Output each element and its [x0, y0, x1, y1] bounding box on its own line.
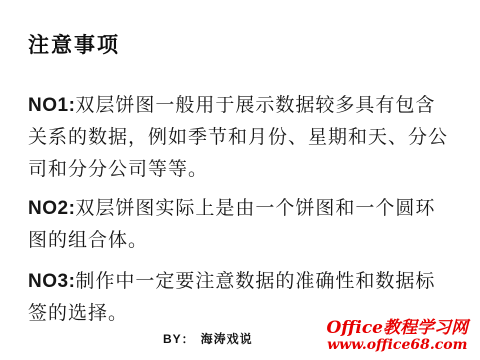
note-prefix: NO2:: [28, 198, 75, 219]
note-line: NO1:双层饼图一般用于展示数据较多具有包含: [28, 90, 446, 122]
note-text: 签的选择。: [28, 303, 128, 324]
note-paragraph-2: NO2:双层饼图实际上是由一个饼图和一个圆环 图的组合体。: [28, 193, 446, 257]
byline-author: 海涛戏说: [201, 332, 253, 346]
note-text: 司和分分公司等等。: [28, 159, 208, 180]
note-prefix: NO3:: [28, 271, 75, 292]
note-paragraph-1: NO1:双层饼图一般用于展示数据较多具有包含 关系的数据，例如季节和月份、星期和…: [28, 90, 446, 186]
note-text: 双层饼图一般用于展示数据较多具有包含: [75, 95, 435, 116]
watermark: Office教程学习网 www.office68.com: [327, 320, 469, 353]
note-text: 双层饼图实际上是由一个饼图和一个圆环: [75, 198, 435, 219]
note-line: NO3:制作中一定要注意数据的准确性和数据标: [28, 266, 446, 298]
note-prefix: NO1:: [28, 95, 75, 116]
note-line: 图的组合体。: [28, 225, 446, 257]
note-text: 图的组合体。: [28, 230, 148, 251]
byline-label: BY：: [163, 332, 195, 346]
note-text: 关系的数据，例如季节和月份、星期和天、分公: [28, 127, 448, 148]
presentation-slide: 注意事项 NO1:双层饼图一般用于展示数据较多具有包含 关系的数据，例如季节和月…: [0, 0, 480, 360]
note-line: 关系的数据，例如季节和月份、星期和天、分公: [28, 122, 446, 154]
slide-title: 注意事项: [28, 29, 120, 59]
note-line: 司和分分公司等等。: [28, 154, 446, 186]
watermark-site-name: Office教程学习网: [327, 320, 469, 338]
watermark-site-url: www.office68.com: [327, 338, 469, 353]
byline: BY：海涛戏说: [163, 330, 253, 347]
note-text: 制作中一定要注意数据的准确性和数据标: [75, 271, 435, 292]
note-line: NO2:双层饼图实际上是由一个饼图和一个圆环: [28, 193, 446, 225]
